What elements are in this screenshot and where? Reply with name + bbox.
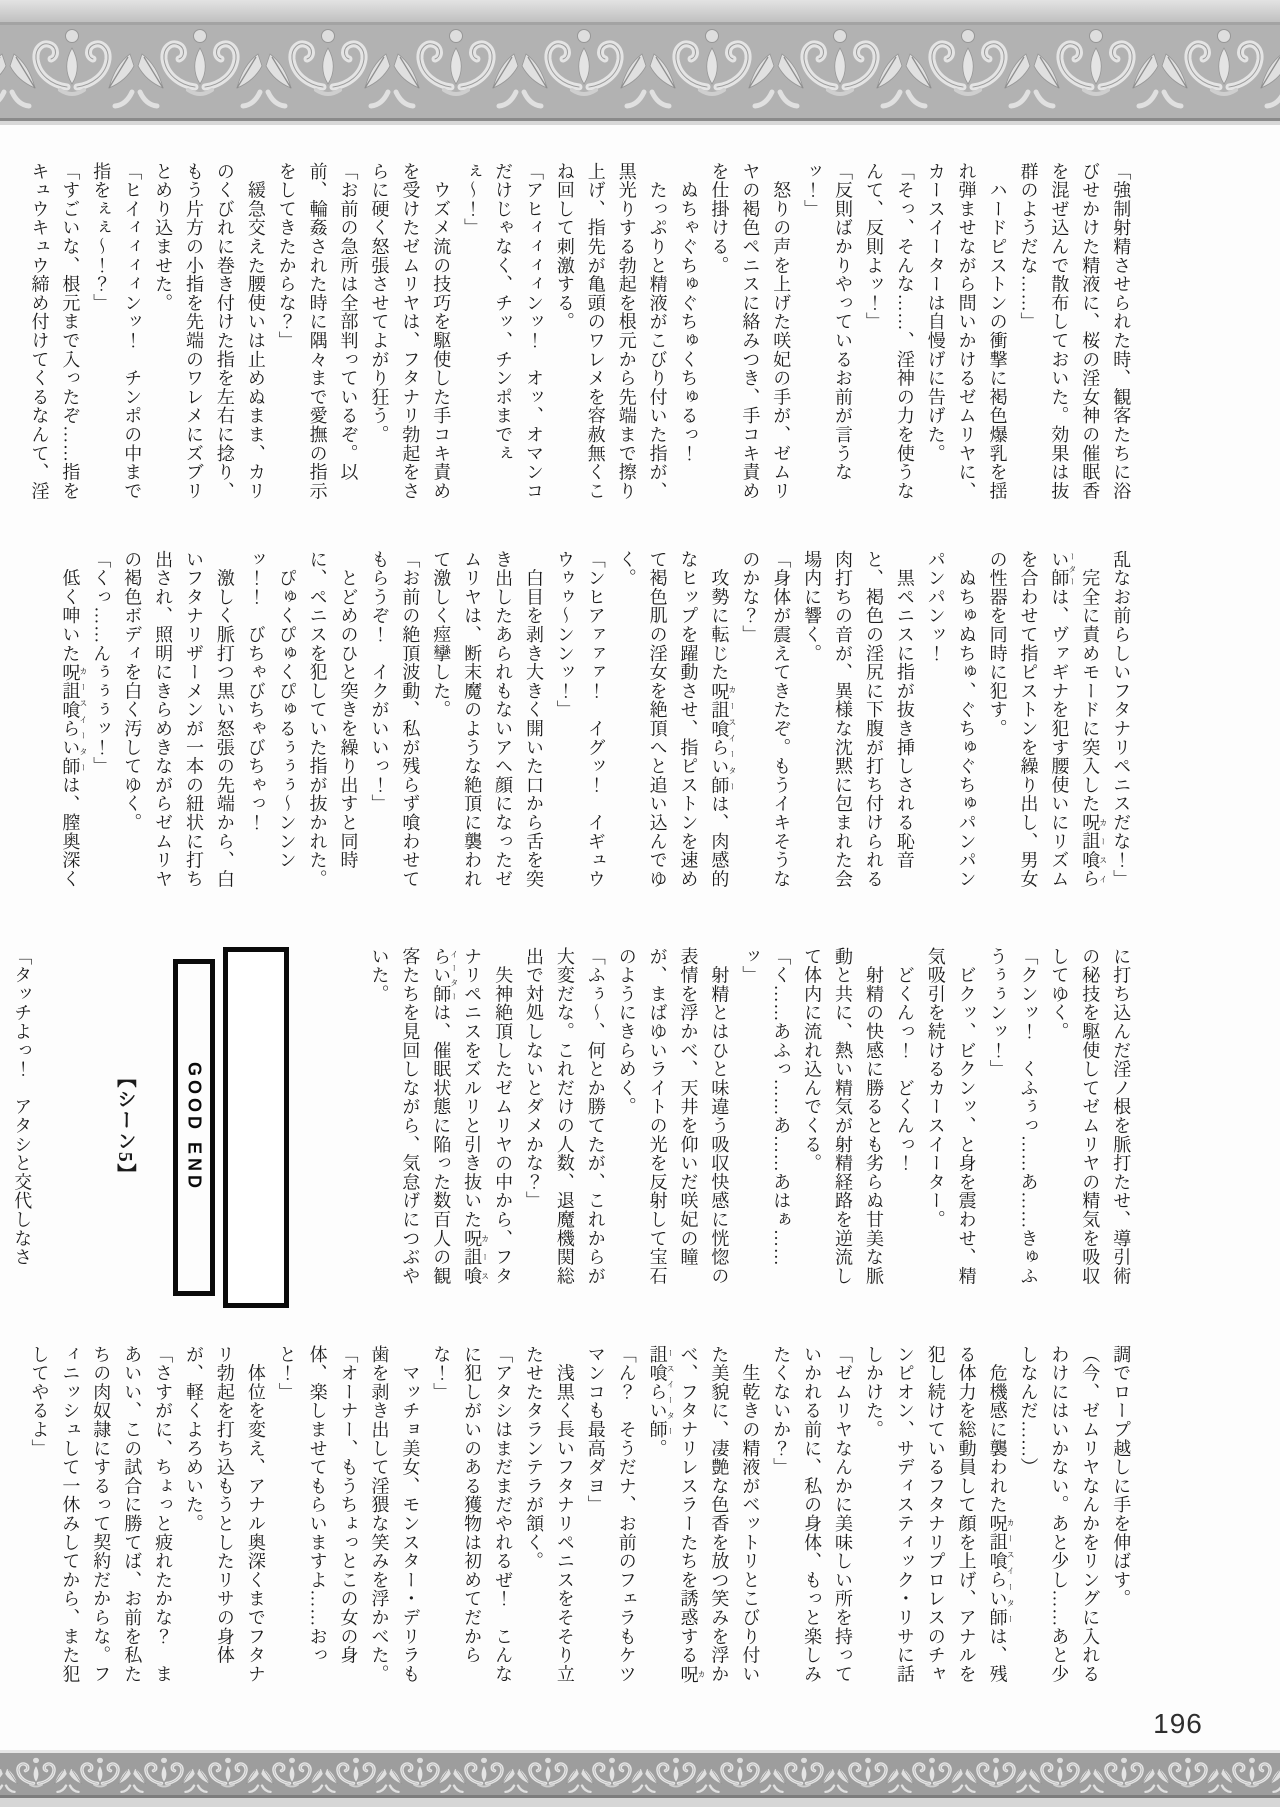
text-column-flow: 乱なお前らしいフタナリペニスだな！」 完全に責めモードに突入した呪詛喰らい師カー… bbox=[54, 550, 1136, 891]
text-column-flow: 「タッチよっ！ アタシと交代しなさい！」 毛皮のコートを脱ぎ捨て、ラバーボンデー… bbox=[0, 947, 37, 1288]
text-column-flow: に打ち込んだ淫ノ根を脈打たせ、導引術の秘技を駆使してゼムリヤの精気を吸収してゆく… bbox=[364, 947, 1137, 1288]
book-page: { "page": { "number": "196", "scene_mark… bbox=[0, 0, 1280, 1807]
ornamental-border-top bbox=[0, 0, 1280, 128]
scene-5-heading: 【シーン5】 bbox=[108, 947, 139, 1409]
good-end-label: GOOD END bbox=[178, 1062, 209, 1192]
page-number: 196 bbox=[1148, 1708, 1208, 1740]
good-end-box-inner-frame: GOOD END bbox=[173, 959, 215, 1296]
text-column-flow: 「強制射精させられた時、観客たちに浴びせかけた精液に、桜の淫女神の催眠香を混ぜ込… bbox=[24, 162, 1137, 503]
text-row-3: に打ち込んだ淫ノ根を脈打たせ、導引術の秘技を駆使してゼムリヤの精気を吸収してゆく… bbox=[98, 947, 1198, 1288]
ornamental-border-bottom bbox=[0, 1750, 1280, 1807]
text-row-2: 乱なお前らしいフタナリペニスだな！」 完全に責めモードに突入した呪詛喰らい師カー… bbox=[98, 550, 1198, 891]
text-row-4: 調でロープ越しに手を伸ばす。 （今、ゼムリヤなんかをリングに入れるわけにはいかな… bbox=[98, 1345, 1198, 1686]
good-end-box: GOOD END bbox=[223, 947, 289, 1308]
text-row-1: 「強制射精させられた時、観客たちに浴びせかけた精液に、桜の淫女神の催眠香を混ぜ込… bbox=[98, 162, 1198, 503]
text-column-flow: 調でロープ越しに手を伸ばす。 （今、ゼムリヤなんかをリングに入れるわけにはいかな… bbox=[24, 1345, 1137, 1686]
